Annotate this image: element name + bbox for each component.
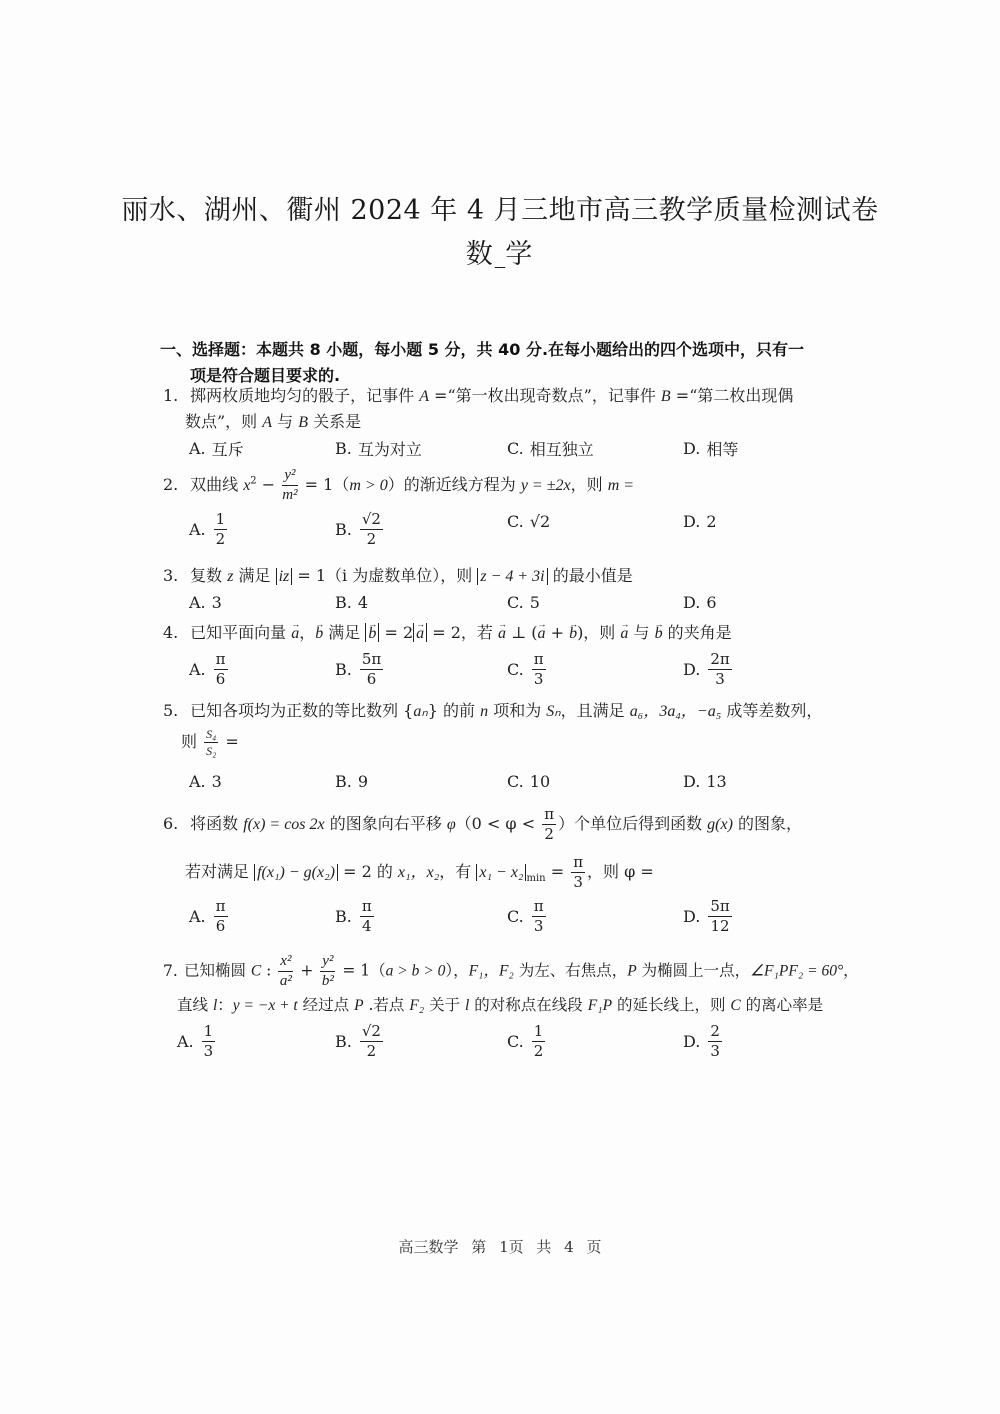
frac-num: S₄ bbox=[204, 728, 218, 743]
q-var: aₙ bbox=[413, 703, 427, 720]
question-number: 5. bbox=[163, 700, 185, 722]
frac-den: 6 bbox=[216, 917, 226, 934]
vector-a: a bbox=[620, 623, 628, 645]
question-3-line1: 3. 复数 z 满足 iz = 1（i 为虚数单位），则 z − 4 + 3i … bbox=[163, 565, 633, 588]
q-formula: y = −x + t bbox=[233, 997, 298, 1014]
subject-char-1: 数 bbox=[466, 239, 495, 270]
q-var: x₁，x₂ bbox=[398, 864, 439, 881]
q-text: 将函数 bbox=[190, 814, 243, 833]
q-var: A bbox=[262, 414, 272, 431]
frac-den: 3 bbox=[573, 873, 583, 890]
q-text: 的延长线上，则 bbox=[612, 996, 730, 1014]
question-number: 6. bbox=[163, 813, 185, 835]
q-var: φ bbox=[447, 816, 456, 833]
option-label: B. bbox=[335, 907, 352, 926]
q-text: = 1（ bbox=[300, 475, 350, 494]
option-label: D. bbox=[683, 772, 700, 791]
option-label: D. bbox=[683, 1032, 700, 1051]
option-text: 互为对立 bbox=[358, 437, 422, 460]
q-formula: ∠F₁PF₂ = 60° bbox=[750, 963, 843, 980]
frac-num: π bbox=[360, 899, 374, 917]
q-text: 为左、右焦点， bbox=[514, 962, 627, 980]
q-cond: m > 0 bbox=[349, 477, 387, 494]
question-2-line1: 2. 双曲线 x2 − y²m² = 1（m > 0）的渐近线方程为 y = ±… bbox=[163, 468, 634, 503]
option-b[interactable]: B.√22 bbox=[335, 1024, 385, 1059]
frac-den: 3 bbox=[534, 917, 544, 934]
option-text: 4 bbox=[358, 593, 368, 612]
option-label: B. bbox=[335, 520, 352, 539]
subject-underline bbox=[495, 239, 506, 270]
option-label: C. bbox=[507, 1032, 524, 1051]
q-text: + bbox=[545, 623, 569, 642]
option-text: 13 bbox=[706, 772, 726, 791]
question-5-line2: 则 S₄S₂ = bbox=[181, 728, 239, 757]
option-d[interactable]: D.2π3 bbox=[683, 652, 734, 687]
option-label: A. bbox=[177, 1032, 194, 1051]
vector-b: b bbox=[315, 623, 323, 645]
q-text: 经过点 bbox=[298, 996, 354, 1014]
exam-page: 丽水、湖州、衢州 2024 年 4 月三地市高三教学质量检测试卷 数 学 一、选… bbox=[0, 0, 1000, 1414]
question-number: 7. bbox=[163, 960, 179, 982]
exam-subject: 数 学 bbox=[0, 232, 1000, 271]
q-text: 为椭圆上一点， bbox=[637, 962, 750, 980]
option-label: C. bbox=[507, 593, 524, 612]
q-text: 关于 bbox=[424, 996, 465, 1014]
option-label: A. bbox=[189, 660, 206, 679]
option-text: 10 bbox=[530, 772, 550, 791]
q-text: = 2 的 bbox=[338, 862, 398, 881]
footer-page: 第 1页 bbox=[471, 1238, 523, 1256]
option-c[interactable]: C.10 bbox=[507, 772, 550, 791]
frac-num: x² bbox=[278, 954, 293, 972]
option-label: C. bbox=[507, 439, 524, 458]
option-b[interactable]: B.√22 bbox=[335, 512, 385, 547]
section-heading-line1: 一、选择题：本题共 8 小题，每小题 5 分，共 40 分.在每小题给出的四个选… bbox=[160, 340, 804, 359]
option-c[interactable]: C.5 bbox=[507, 593, 540, 612]
q-text: = bbox=[546, 862, 570, 881]
option-b[interactable]: B.9 bbox=[335, 772, 368, 791]
q-text: ， bbox=[843, 962, 859, 980]
option-b[interactable]: B.π4 bbox=[335, 899, 376, 934]
option-text: 互斥 bbox=[212, 437, 244, 460]
frac-num: 5π bbox=[708, 899, 731, 917]
q-text: 的图象， bbox=[733, 814, 802, 833]
q-var: A bbox=[419, 388, 429, 405]
option-label: C. bbox=[507, 772, 524, 791]
question-5-line1: 5. 已知各项均为正数的等比数列 {aₙ} 的前 n 项和为 Sₙ，且满足 a₆… bbox=[163, 700, 822, 723]
option-label: C. bbox=[507, 512, 524, 531]
frac-den: 6 bbox=[367, 670, 377, 687]
q-text: ： bbox=[217, 996, 233, 1014]
q-text: 满足 bbox=[233, 566, 275, 585]
abs-value: iz bbox=[276, 568, 293, 585]
fraction: 5π12 bbox=[708, 899, 731, 934]
frac-den: m² bbox=[282, 486, 297, 503]
fraction: π3 bbox=[532, 652, 546, 687]
vector-a: a bbox=[537, 623, 545, 645]
fraction: S₄S₂ bbox=[204, 728, 218, 757]
q-formula: y = ±2x bbox=[521, 477, 571, 494]
option-text: 2 bbox=[706, 512, 716, 531]
option-label: B. bbox=[335, 439, 352, 458]
frac-num: 1 bbox=[532, 1024, 546, 1042]
frac-den: 12 bbox=[711, 917, 730, 934]
fraction: y²b² bbox=[320, 954, 335, 989]
q-text: 与 bbox=[628, 623, 654, 642]
option-text: √2 bbox=[530, 512, 550, 531]
frac-num: √2 bbox=[360, 512, 383, 530]
option-a[interactable]: A.π6 bbox=[189, 899, 230, 934]
option-c[interactable]: C.π3 bbox=[507, 899, 548, 934]
question-number: 2. bbox=[163, 474, 185, 496]
fraction: π6 bbox=[214, 652, 228, 687]
frac-num: y² bbox=[320, 954, 335, 972]
q-text: 复数 bbox=[190, 566, 227, 585]
option-d[interactable]: D.2 bbox=[683, 512, 717, 531]
question-1-line2: 数点”，则 A 与 B 关系是 bbox=[185, 411, 361, 434]
q-var: B bbox=[298, 414, 308, 431]
option-b[interactable]: B.互为对立 bbox=[335, 437, 422, 460]
q-text: ，则 φ = bbox=[587, 862, 654, 881]
frac-num: y² bbox=[282, 468, 297, 486]
q-var: P bbox=[627, 963, 636, 980]
frac-num: √2 bbox=[360, 1024, 383, 1042]
q-text: ⊥ ( bbox=[506, 623, 537, 642]
question-6-options: A.π6 B.π4 C.π3 D.5π12 bbox=[163, 899, 853, 945]
frac-num: π bbox=[214, 652, 228, 670]
q-text: ，有 bbox=[439, 862, 476, 881]
fraction: √22 bbox=[360, 512, 383, 547]
q-text: 的图象向右平移 bbox=[325, 814, 447, 833]
q-text: 数点”，则 bbox=[185, 412, 262, 431]
option-label: C. bbox=[507, 660, 524, 679]
subject-char-2: 学 bbox=[505, 239, 534, 270]
q-var: B bbox=[661, 388, 671, 405]
option-label: D. bbox=[683, 512, 700, 531]
option-text: 相等 bbox=[706, 437, 738, 460]
vector-b: b bbox=[655, 623, 663, 645]
q-text: ，若 bbox=[461, 623, 498, 642]
question-6-line1: 6. 将函数 f(x) = cos 2x 的图象向右平移 φ（0 < φ < π… bbox=[163, 807, 802, 842]
q-text: 直线 bbox=[177, 996, 213, 1014]
option-text: 3 bbox=[212, 593, 222, 612]
option-label: C. bbox=[507, 907, 524, 926]
q-text: （0 < φ < bbox=[456, 814, 541, 833]
option-text: 3 bbox=[212, 772, 222, 791]
q-text: 的夹角是 bbox=[663, 623, 732, 642]
q-text: = bbox=[220, 732, 239, 751]
question-4-options: A.π6 B.5π6 C.π3 D.2π3 bbox=[163, 652, 853, 698]
option-a[interactable]: A.3 bbox=[189, 772, 222, 791]
q-text: ）个单位后得到函数 bbox=[558, 814, 707, 833]
frac-den: 2 bbox=[367, 530, 377, 547]
frac-den: 3 bbox=[710, 1042, 720, 1059]
question-number: 1. bbox=[163, 385, 185, 407]
q-text: 若对满足 bbox=[185, 862, 254, 881]
q-text: 的最小值是 bbox=[548, 566, 633, 585]
fraction: π6 bbox=[214, 899, 228, 934]
frac-num: π bbox=[214, 899, 228, 917]
question-number: 3. bbox=[163, 565, 185, 587]
question-1-line1: 1. 掷两枚质地均匀的骰子，记事件 A =“第一枚出现奇数点”，记事件 B =“… bbox=[163, 385, 793, 408]
abs-value: x₁ − x₂ bbox=[476, 864, 526, 881]
option-c[interactable]: C.相互独立 bbox=[507, 437, 594, 460]
q-cond: a > b > 0 bbox=[386, 963, 446, 980]
question-6-line2: 若对满足 f(x₁) − g(x₂) = 2 的 x₁，x₂，有 x₁ − x₂… bbox=[185, 855, 654, 890]
frac-num: 2 bbox=[708, 1024, 722, 1042]
q-text: 已知椭圆 bbox=[184, 962, 251, 980]
section-heading: 一、选择题：本题共 8 小题，每小题 5 分，共 40 分.在每小题给出的四个选… bbox=[160, 337, 850, 389]
q-var: F₁，F₂ bbox=[469, 963, 514, 980]
fraction: 12 bbox=[214, 512, 228, 547]
option-c[interactable]: C.12 bbox=[507, 1024, 547, 1059]
option-label: A. bbox=[189, 593, 206, 612]
option-text: 相互独立 bbox=[530, 437, 594, 460]
option-text: 5 bbox=[530, 593, 540, 612]
option-d[interactable]: D.5π12 bbox=[683, 899, 734, 934]
option-text: 6 bbox=[706, 593, 716, 612]
fraction: 13 bbox=[202, 1024, 216, 1059]
option-label: A. bbox=[189, 439, 206, 458]
q-formula: a₆，3a₄，−a₅ bbox=[630, 703, 722, 720]
q-text: 满足 bbox=[323, 623, 365, 642]
frac-num: 5π bbox=[360, 652, 383, 670]
question-number: 4. bbox=[163, 622, 185, 644]
footer-total: 共 4 页 bbox=[536, 1238, 601, 1256]
q-sub: min bbox=[526, 873, 545, 884]
question-2-options: A.12 B.√22 C.√2 D.2 bbox=[163, 512, 853, 558]
q-formula: m = bbox=[608, 477, 634, 494]
option-b[interactable]: B.5π6 bbox=[335, 652, 385, 687]
frac-den: 3 bbox=[715, 670, 725, 687]
fraction: 2π3 bbox=[708, 652, 731, 687]
q-text: 的离心率是 bbox=[741, 996, 823, 1014]
fraction: π4 bbox=[360, 899, 374, 934]
fraction: x²a² bbox=[278, 954, 293, 989]
vector-a: a bbox=[416, 623, 424, 645]
q-var: P bbox=[354, 997, 363, 1014]
option-a[interactable]: A.π6 bbox=[189, 652, 230, 687]
q-text: = 2 bbox=[432, 623, 461, 642]
q-text: 已知平面向量 bbox=[190, 623, 291, 642]
option-c[interactable]: C.√2 bbox=[507, 512, 550, 531]
q-text: 已知各项均为正数的等比数列 { bbox=[190, 701, 413, 720]
option-a[interactable]: A.12 bbox=[189, 512, 229, 547]
frac-num: π bbox=[532, 652, 546, 670]
option-label: B. bbox=[335, 772, 352, 791]
option-d[interactable]: D.13 bbox=[683, 772, 727, 791]
q-text: 的对称点在线段 bbox=[469, 996, 587, 1014]
frac-den: 2 bbox=[216, 530, 226, 547]
q-formula: f(x) = cos 2x bbox=[243, 816, 324, 833]
option-a[interactable]: A.互斥 bbox=[189, 437, 244, 460]
q-text: 双曲线 bbox=[190, 475, 243, 494]
q-text: ，且满足 bbox=[561, 701, 630, 720]
q-text: ，则 bbox=[571, 475, 608, 494]
exam-title: 丽水、湖州、衢州 2024 年 4 月三地市高三教学质量检测试卷 bbox=[0, 188, 1000, 227]
q-text: ， bbox=[299, 623, 315, 642]
q-formula: g(x) bbox=[707, 816, 733, 833]
frac-den: 2 bbox=[367, 1042, 377, 1059]
frac-den: 6 bbox=[216, 670, 226, 687]
option-label: D. bbox=[683, 660, 700, 679]
option-label: B. bbox=[335, 660, 352, 679]
frac-den: S₂ bbox=[206, 743, 216, 757]
question-7-options: A.13 B.√22 C.12 D.23 bbox=[163, 1024, 853, 1070]
question-7-line2: 直线 l：y = −x + t 经过点 P .若点 F₂ 关于 l 的对称点在线… bbox=[177, 994, 823, 1017]
vector-a: a bbox=[498, 623, 506, 645]
option-label: A. bbox=[189, 907, 206, 926]
q-text: 关系是 bbox=[308, 412, 361, 431]
q-text: 成等差数列， bbox=[721, 701, 822, 720]
frac-num: 1 bbox=[214, 512, 228, 530]
question-4-line1: 4. 已知平面向量 a，b 满足 b = 2a = 2，若 a ⊥ (a + b… bbox=[163, 622, 732, 645]
question-5-options: A.3 B.9 C.10 D.13 bbox=[163, 772, 853, 812]
frac-num: 2π bbox=[708, 652, 731, 670]
fraction: 12 bbox=[532, 1024, 546, 1059]
q-var: n bbox=[480, 703, 488, 720]
option-text: 9 bbox=[358, 772, 368, 791]
frac-num: π bbox=[542, 807, 556, 825]
frac-den: 3 bbox=[534, 670, 544, 687]
option-a[interactable]: A.13 bbox=[177, 1024, 217, 1059]
option-label: A. bbox=[189, 772, 206, 791]
q-text: 则 bbox=[181, 732, 202, 751]
frac-num: π bbox=[571, 855, 585, 873]
q-text: ）的渐近线方程为 bbox=[388, 475, 521, 494]
q-text: = 2 bbox=[384, 623, 413, 642]
option-label: D. bbox=[683, 439, 700, 458]
fraction: π3 bbox=[532, 899, 546, 934]
option-label: D. bbox=[683, 593, 700, 612]
option-label: D. bbox=[683, 907, 700, 926]
q-text: )，则 bbox=[577, 623, 620, 642]
option-d[interactable]: D.6 bbox=[683, 593, 717, 612]
frac-num: 1 bbox=[202, 1024, 216, 1042]
q-text: 项和为 bbox=[488, 701, 546, 720]
abs-value: z − 4 + 3i bbox=[477, 568, 547, 585]
q-text: =“第二枚出现偶 bbox=[671, 386, 794, 405]
fraction: √22 bbox=[360, 1024, 383, 1059]
fraction: 5π6 bbox=[360, 652, 383, 687]
frac-den: a² bbox=[280, 972, 292, 989]
frac-den: 2 bbox=[534, 1042, 544, 1059]
q-text: } 的前 bbox=[428, 701, 480, 720]
q-op: − bbox=[257, 475, 281, 494]
option-d[interactable]: D.23 bbox=[683, 1024, 724, 1059]
q-text: 与 bbox=[272, 412, 298, 431]
q-text: ）， bbox=[445, 962, 468, 980]
q-text: =“第一枚出现奇数点”，记事件 bbox=[429, 386, 661, 405]
frac-num: π bbox=[532, 899, 546, 917]
vector-b: b bbox=[569, 623, 577, 645]
footer-subject: 高三数学 bbox=[399, 1238, 459, 1256]
vector-a: a bbox=[291, 623, 299, 645]
fraction: y²m² bbox=[282, 468, 297, 503]
vector-b: b bbox=[368, 623, 376, 645]
fraction: π3 bbox=[571, 855, 585, 890]
option-label: A. bbox=[189, 520, 206, 539]
page-footer: 高三数学 第 1页 共 4 页 bbox=[0, 1236, 1000, 1257]
q-var: F₂ bbox=[409, 997, 424, 1014]
fraction: 23 bbox=[708, 1024, 722, 1059]
option-label: B. bbox=[335, 593, 352, 612]
q-text: 掷两枚质地均匀的骰子，记事件 bbox=[190, 386, 419, 405]
q-var: F₁P bbox=[588, 997, 612, 1014]
q-text: : bbox=[261, 962, 276, 980]
q-text: = 1（ bbox=[337, 962, 385, 980]
option-b[interactable]: B.4 bbox=[335, 593, 368, 612]
fraction: π2 bbox=[542, 807, 556, 842]
option-c[interactable]: C.π3 bbox=[507, 652, 548, 687]
frac-den: 2 bbox=[544, 825, 554, 842]
abs-value: f(x₁) − g(x₂) bbox=[254, 864, 338, 881]
q-text: + bbox=[295, 962, 318, 980]
option-a[interactable]: A.3 bbox=[189, 593, 222, 612]
option-label: B. bbox=[335, 1032, 352, 1051]
question-7-line1: 7. 已知椭圆 C : x²a² + y²b² = 1（a > b > 0），F… bbox=[163, 954, 859, 989]
q-text: = 1（i 为虚数单位），则 bbox=[292, 566, 477, 585]
q-var: C bbox=[251, 963, 261, 980]
option-d[interactable]: D.相等 bbox=[683, 437, 738, 460]
q-var: Sₙ bbox=[546, 703, 560, 720]
q-var: C bbox=[730, 997, 740, 1014]
frac-den: b² bbox=[322, 972, 334, 989]
q-text: .若点 bbox=[364, 996, 410, 1014]
frac-den: 4 bbox=[362, 917, 372, 934]
frac-den: 3 bbox=[204, 1042, 214, 1059]
